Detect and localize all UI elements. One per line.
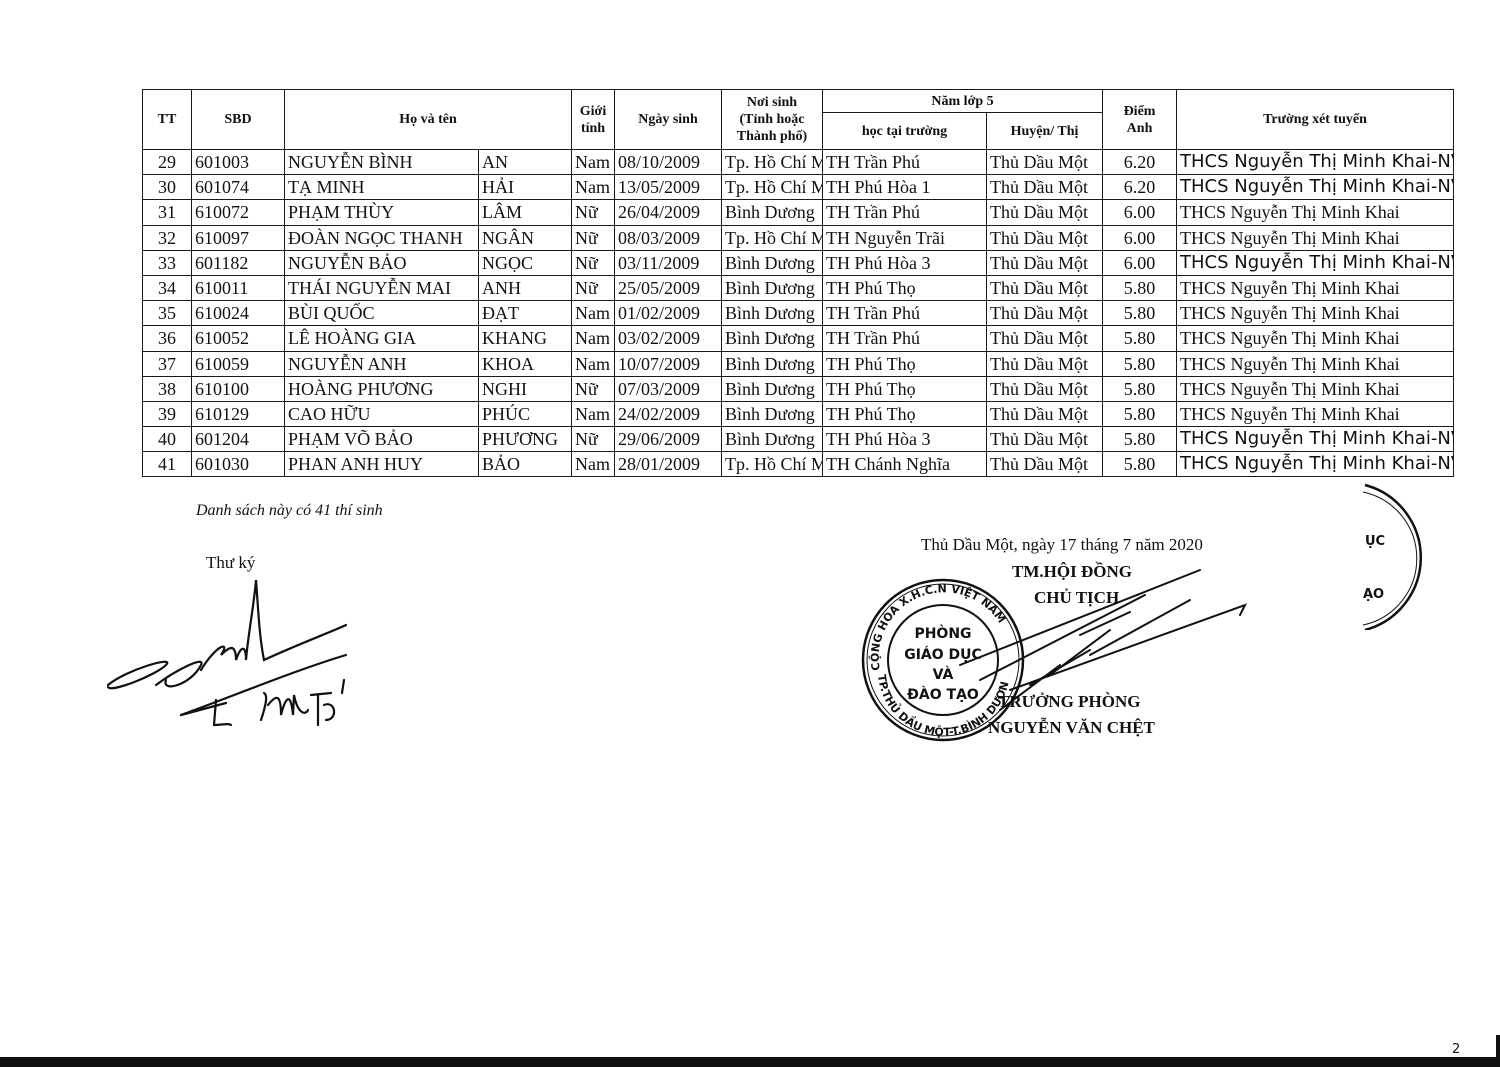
header-admission-school: Trường xét tuyển [1177,90,1454,150]
date-of-birth: 01/02/2009 [615,301,722,326]
given-name: ĐẠT [479,301,572,326]
given-name: NGHI [479,376,572,401]
grade5-district: Thủ Dầu Một [987,200,1103,225]
header-gender: Giớitính [572,90,615,150]
admission-school: THCS Nguyễn Thị Minh Khai [1177,401,1454,426]
table-row: 34610011THÁI NGUYỄN MAIANHNữ25/05/2009Bì… [143,275,1454,300]
row-index: 30 [143,175,192,200]
date-of-birth: 26/04/2009 [615,200,722,225]
admission-school: THCS Nguyễn Thị Minh Khai-NV2 [1177,427,1454,452]
given-name: BẢO [479,452,572,477]
gender: Nam [572,301,615,326]
grade5-school: TH Phú Thọ [823,376,987,401]
row-index: 38 [143,376,192,401]
candidate-number: 601074 [192,175,285,200]
date-of-birth: 29/06/2009 [615,427,722,452]
english-score: 6.20 [1103,150,1177,175]
admission-school: THCS Nguyễn Thị Minh Khai [1177,275,1454,300]
secretary-signature [96,575,356,755]
row-index: 29 [143,150,192,175]
surname: PHẠM VÕ BẢO [285,427,479,452]
date-of-birth: 25/05/2009 [615,275,722,300]
surname: NGUYỄN BÌNH [285,150,479,175]
table-row: 29601003NGUYỄN BÌNHANNam08/10/2009Tp. Hồ… [143,150,1454,175]
english-score: 5.80 [1103,351,1177,376]
grade5-district: Thủ Dầu Một [987,150,1103,175]
grade5-district: Thủ Dầu Một [987,175,1103,200]
birthplace: Tp. Hồ Chí Minh [722,452,823,477]
grade5-school: TH Nguyễn Trãi [823,225,987,250]
scan-bottom-edge [0,1057,1500,1067]
admission-school: THCS Nguyễn Thị Minh Khai [1177,225,1454,250]
row-index: 31 [143,200,192,225]
grade5-district: Thủ Dầu Một [987,452,1103,477]
gender: Nam [572,175,615,200]
given-name: NGỌC [479,250,572,275]
date-of-birth: 08/03/2009 [615,225,722,250]
given-name: KHOA [479,351,572,376]
date-of-birth: 07/03/2009 [615,376,722,401]
admission-school: THCS Nguyễn Thị Minh Khai [1177,376,1454,401]
admission-school: THCS Nguyễn Thị Minh Khai [1177,326,1454,351]
date-of-birth: 10/07/2009 [615,351,722,376]
gender: Nữ [572,225,615,250]
candidate-number: 610097 [192,225,285,250]
grade5-district: Thủ Dầu Một [987,275,1103,300]
gender: Nữ [572,250,615,275]
header-score: ĐiểmAnh [1103,90,1177,150]
candidate-number: 601204 [192,427,285,452]
given-name: PHÚC [479,401,572,426]
english-score: 5.80 [1103,275,1177,300]
date-of-birth: 28/01/2009 [615,452,722,477]
surname: ĐOÀN NGỌC THANH [285,225,479,250]
birthplace: Bình Dương [722,301,823,326]
date-of-birth: 03/11/2009 [615,250,722,275]
grade5-district: Thủ Dầu Một [987,427,1103,452]
grade5-district: Thủ Dầu Một [987,326,1103,351]
grade5-district: Thủ Dầu Một [987,250,1103,275]
candidate-number: 610052 [192,326,285,351]
header-grade5-district: Huyện/ Thị [987,113,1103,150]
svg-text:ẠO: ẠO [1363,587,1384,602]
gender: Nam [572,351,615,376]
surname: PHAN ANH HUY [285,452,479,477]
birthplace: Tp. Hồ Chí Minh [722,175,823,200]
official-stamp-partial: ỤC ẠO [1345,480,1445,630]
birthplace: Tp. Hồ Chí Minh [722,225,823,250]
surname: LÊ HOÀNG GIA [285,326,479,351]
grade5-district: Thủ Dầu Một [987,225,1103,250]
english-score: 5.80 [1103,301,1177,326]
header-grade5-group: Năm lớp 5 [823,90,1103,113]
date-of-birth: 03/02/2009 [615,326,722,351]
row-index: 37 [143,351,192,376]
candidate-number: 610059 [192,351,285,376]
header-dob: Ngày sinh [615,90,722,150]
gender: Nữ [572,376,615,401]
admission-school: THCS Nguyễn Thị Minh Khai-NV2 [1177,150,1454,175]
admission-school: THCS Nguyễn Thị Minh Khai-NV2 [1177,175,1454,200]
surname: NGUYỄN ANH [285,351,479,376]
row-index: 35 [143,301,192,326]
secretary-title: Thư ký [206,553,255,573]
given-name: KHANG [479,326,572,351]
grade5-district: Thủ Dầu Một [987,351,1103,376]
admission-school: THCS Nguyễn Thị Minh Khai [1177,351,1454,376]
given-name: ANH [479,275,572,300]
table-row: 35610024BÙI QUỐCĐẠTNam01/02/2009Bình Dươ… [143,301,1454,326]
birthplace: Bình Dương [722,427,823,452]
surname: CAO HỮU [285,401,479,426]
candidate-number: 610024 [192,301,285,326]
candidate-number: 601182 [192,250,285,275]
english-score: 6.00 [1103,225,1177,250]
header-full-name: Họ và tên [285,90,572,150]
grade5-school: TH Phú Hòa 3 [823,250,987,275]
birthplace: Bình Dương [722,351,823,376]
row-index: 34 [143,275,192,300]
table-row: 31610072PHẠM THÙYLÂMNữ26/04/2009Bình Dươ… [143,200,1454,225]
grade5-school: TH Chánh Nghĩa [823,452,987,477]
table-row: 33601182NGUYỄN BẢONGỌCNữ03/11/2009Bình D… [143,250,1454,275]
candidate-number: 610011 [192,275,285,300]
grade5-school: TH Trần Phú [823,150,987,175]
row-index: 33 [143,250,192,275]
birthplace: Bình Dương [722,326,823,351]
place-date: Thủ Dầu Một, ngày 17 tháng 7 năm 2020 [921,535,1203,555]
grade5-school: TH Phú Hòa 3 [823,427,987,452]
svg-text:ỤC: ỤC [1365,534,1385,549]
grade5-school: TH Phú Thọ [823,401,987,426]
birthplace: Tp. Hồ Chí Minh [722,150,823,175]
birthplace: Bình Dương [722,376,823,401]
given-name: LÂM [479,200,572,225]
admission-school: THCS Nguyễn Thị Minh Khai [1177,200,1454,225]
english-score: 5.80 [1103,326,1177,351]
english-score: 5.80 [1103,401,1177,426]
given-name: HẢI [479,175,572,200]
table-row: 36610052LÊ HOÀNG GIAKHANGNam03/02/2009Bì… [143,326,1454,351]
candidate-number: 601030 [192,452,285,477]
english-score: 5.80 [1103,452,1177,477]
table-row: 39610129CAO HỮUPHÚCNam24/02/2009Bình Dươ… [143,401,1454,426]
given-name: PHƯƠNG [479,427,572,452]
birthplace: Bình Dương [722,401,823,426]
row-index: 39 [143,401,192,426]
gender: Nam [572,150,615,175]
surname: HOÀNG PHƯƠNG [285,376,479,401]
gender: Nữ [572,200,615,225]
given-name: AN [479,150,572,175]
date-of-birth: 08/10/2009 [615,150,722,175]
grade5-district: Thủ Dầu Một [987,301,1103,326]
english-score: 6.20 [1103,175,1177,200]
header-grade5-school: học tại trường [823,113,987,150]
gender: Nam [572,326,615,351]
surname: TẠ MINH [285,175,479,200]
grade5-school: TH Trần Phú [823,301,987,326]
admission-school: THCS Nguyễn Thị Minh Khai [1177,301,1454,326]
table-row: 30601074TẠ MINHHẢINam13/05/2009Tp. Hồ Ch… [143,175,1454,200]
row-index: 32 [143,225,192,250]
grade5-school: TH Phú Thọ [823,351,987,376]
table-row: 40601204PHẠM VÕ BẢOPHƯƠNGNữ29/06/2009Bìn… [143,427,1454,452]
birthplace: Bình Dương [722,250,823,275]
given-name: NGÂN [479,225,572,250]
header-birthplace: Nơi sinh(Tỉnh hoặcThành phố) [722,90,823,150]
candidate-table: TT SBD Họ và tên Giớitính Ngày sinh Nơi … [142,89,1454,477]
gender: Nữ [572,275,615,300]
grade5-school: TH Phú Hòa 1 [823,175,987,200]
table-row: 37610059NGUYỄN ANHKHOANam10/07/2009Bình … [143,351,1454,376]
table-row: 32610097ĐOÀN NGỌC THANHNGÂNNữ08/03/2009T… [143,225,1454,250]
candidate-number: 610100 [192,376,285,401]
header-tt: TT [143,90,192,150]
admission-school: THCS Nguyễn Thị Minh Khai-NV2 [1177,452,1454,477]
header-sbd: SBD [192,90,285,150]
admission-school: THCS Nguyễn Thị Minh Khai-NV2 [1177,250,1454,275]
grade5-district: Thủ Dầu Một [987,376,1103,401]
gender: Nữ [572,427,615,452]
table-row: 41601030PHAN ANH HUYBẢONam28/01/2009Tp. … [143,452,1454,477]
chair-signature [900,560,1260,730]
grade5-district: Thủ Dầu Một [987,401,1103,426]
table-row: 38610100HOÀNG PHƯƠNGNGHINữ07/03/2009Bình… [143,376,1454,401]
english-score: 5.80 [1103,427,1177,452]
english-score: 6.00 [1103,200,1177,225]
surname: PHẠM THÙY [285,200,479,225]
row-index: 41 [143,452,192,477]
gender: Nam [572,401,615,426]
grade5-school: TH Trần Phú [823,200,987,225]
english-score: 6.00 [1103,250,1177,275]
birthplace: Bình Dương [722,200,823,225]
candidate-number: 610072 [192,200,285,225]
page-number: 2 [1452,1042,1460,1057]
birthplace: Bình Dương [722,275,823,300]
candidate-count-note: Danh sách này có 41 thí sinh [196,502,383,520]
surname: BÙI QUỐC [285,301,479,326]
row-index: 40 [143,427,192,452]
surname: NGUYỄN BẢO [285,250,479,275]
gender: Nam [572,452,615,477]
date-of-birth: 13/05/2009 [615,175,722,200]
candidate-number: 610129 [192,401,285,426]
candidate-number: 601003 [192,150,285,175]
grade5-school: TH Phú Thọ [823,275,987,300]
surname: THÁI NGUYỄN MAI [285,275,479,300]
grade5-school: TH Trần Phú [823,326,987,351]
english-score: 5.80 [1103,376,1177,401]
row-index: 36 [143,326,192,351]
date-of-birth: 24/02/2009 [615,401,722,426]
